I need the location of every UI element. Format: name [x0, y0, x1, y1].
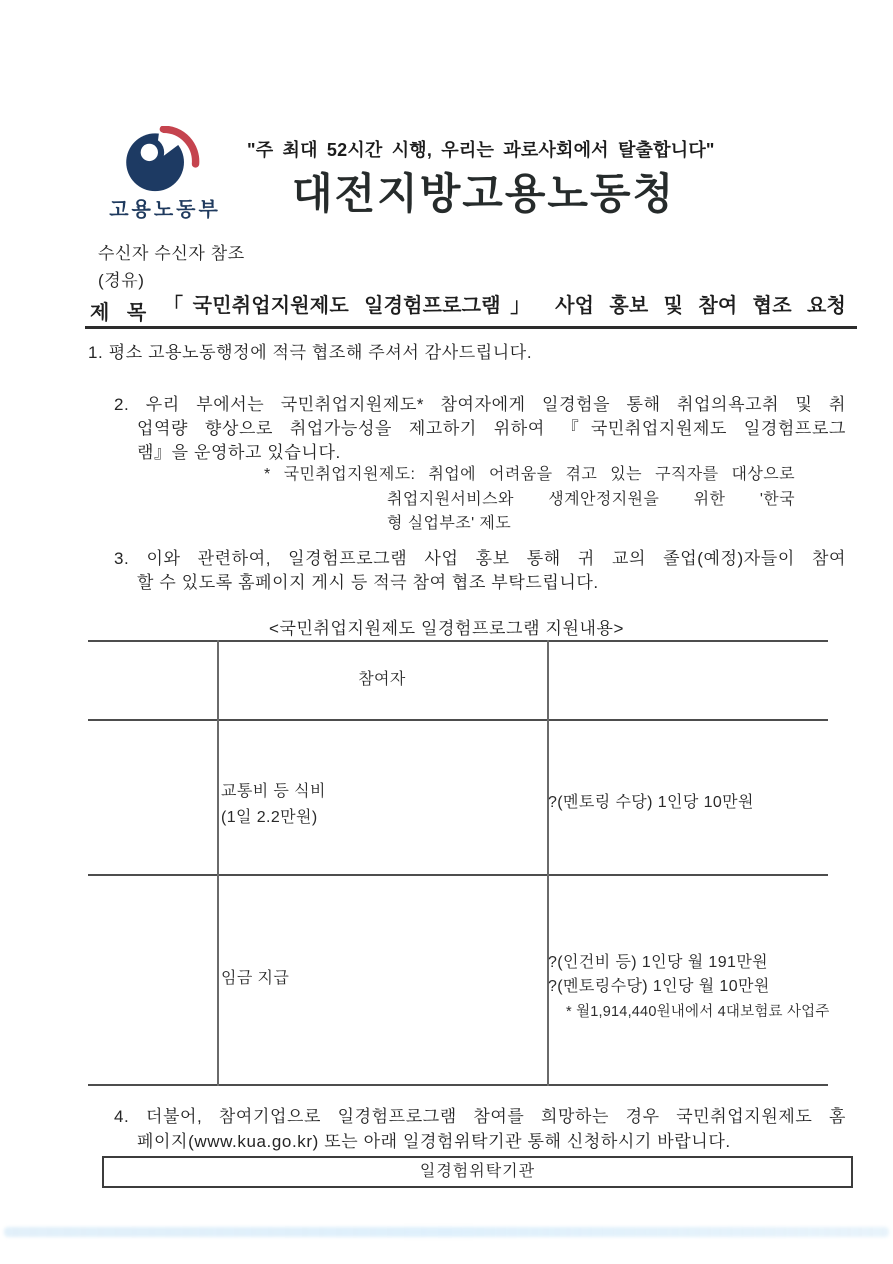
agency-box-label: 일경험위탁기관	[420, 1163, 535, 1180]
wage-detail-line-2: ?(멘토링수당) 1인당 월 10만원	[548, 977, 770, 997]
wage-detail-note: * 월1,914,440원내에서 4대보험료 사업주	[566, 1000, 830, 1021]
office-title: 대전지방고용노동청	[292, 161, 675, 221]
paragraph-4-line-2: 페이지(www.kua.go.kr) 또는 아래 일경험위탁기관 통해 신청하시…	[137, 1131, 731, 1152]
footnote-line-2: 취업지원서비스와 생계안정지원을 위한 '한국	[387, 489, 795, 510]
recipient-line: 수신자 수신자 참조	[98, 243, 245, 264]
via-line: (경유)	[98, 270, 145, 291]
subject-label: 제 목	[90, 296, 152, 325]
table-border-bottom	[88, 1084, 828, 1086]
paragraph-2-line-1: 2. 우리 부에서는 국민취업지원제도* 참여자에게 일경험을 통해 취업의욕고…	[114, 394, 846, 415]
table-border-top	[88, 640, 828, 642]
paragraph-4-line-1: 4. 더불어, 참여기업으로 일경험프로그램 참여를 희망하는 경우 국민취업지…	[114, 1106, 846, 1127]
subject-underline	[85, 326, 857, 329]
table-border-row1	[88, 719, 828, 721]
table-border-row2	[88, 874, 828, 876]
subject-text: 「국민취업지원제도 일경험프로그램」 사업 홍보 및 참여 협조 요청	[163, 296, 846, 317]
table-header-participant: 참여자	[217, 670, 547, 690]
table-caption: <국민취업지원제도 일경험프로그램 지원내용>	[0, 618, 893, 639]
wage-item: 임금 지급	[221, 969, 289, 989]
header-slogan: "주 최대 52시간 시행, 우리는 과로사회에서 탈출합니다"	[247, 136, 715, 162]
agency-box: 일경험위탁기관	[102, 1156, 853, 1188]
footnote-line-1: * 국민취업지원제도: 취업에 어려움을 겪고 있는 구직자를 대상으로	[264, 464, 795, 485]
transport-item-line-2: (1일 2.2만원)	[221, 808, 318, 828]
ministry-name: 고용노동부	[104, 193, 226, 222]
paragraph-3-line-2: 할 수 있도록 홈페이지 게시 등 적극 참여 협조 부탁드립니다.	[137, 572, 599, 593]
moel-emblem-icon	[123, 126, 207, 192]
scanned-letter-page: 고용노동부 "주 최대 52시간 시행, 우리는 과로사회에서 탈출합니다" 대…	[0, 0, 893, 1264]
wage-detail-line-1: ?(인건비 등) 1인당 월 191만원	[548, 953, 768, 973]
paragraph-3-line-1: 3. 이와 관련하여, 일경험프로그램 사업 홍보 통해 귀 교의 졸업(예정)…	[114, 548, 846, 569]
paragraph-2-line-2: 업역량 향상으로 취업가능성을 제고하기 위하여 『국민취업지원제도 일경험프로…	[137, 418, 846, 439]
transport-item-line-1: 교통비 등 식비	[221, 782, 326, 802]
table-divider-col1	[217, 640, 219, 1086]
scan-artifact	[4, 1227, 889, 1237]
transport-detail: ?(멘토링 수당) 1인당 10만원	[548, 793, 754, 813]
table-divider-col2	[547, 640, 549, 1086]
paragraph-2-line-3: 램』을 운영하고 있습니다.	[137, 442, 341, 463]
paragraph-1: 1. 평소 고용노동행정에 적극 협조해 주셔서 감사드립니다.	[88, 342, 532, 363]
footnote-line-3: 형 실업부조' 제도	[387, 514, 511, 534]
